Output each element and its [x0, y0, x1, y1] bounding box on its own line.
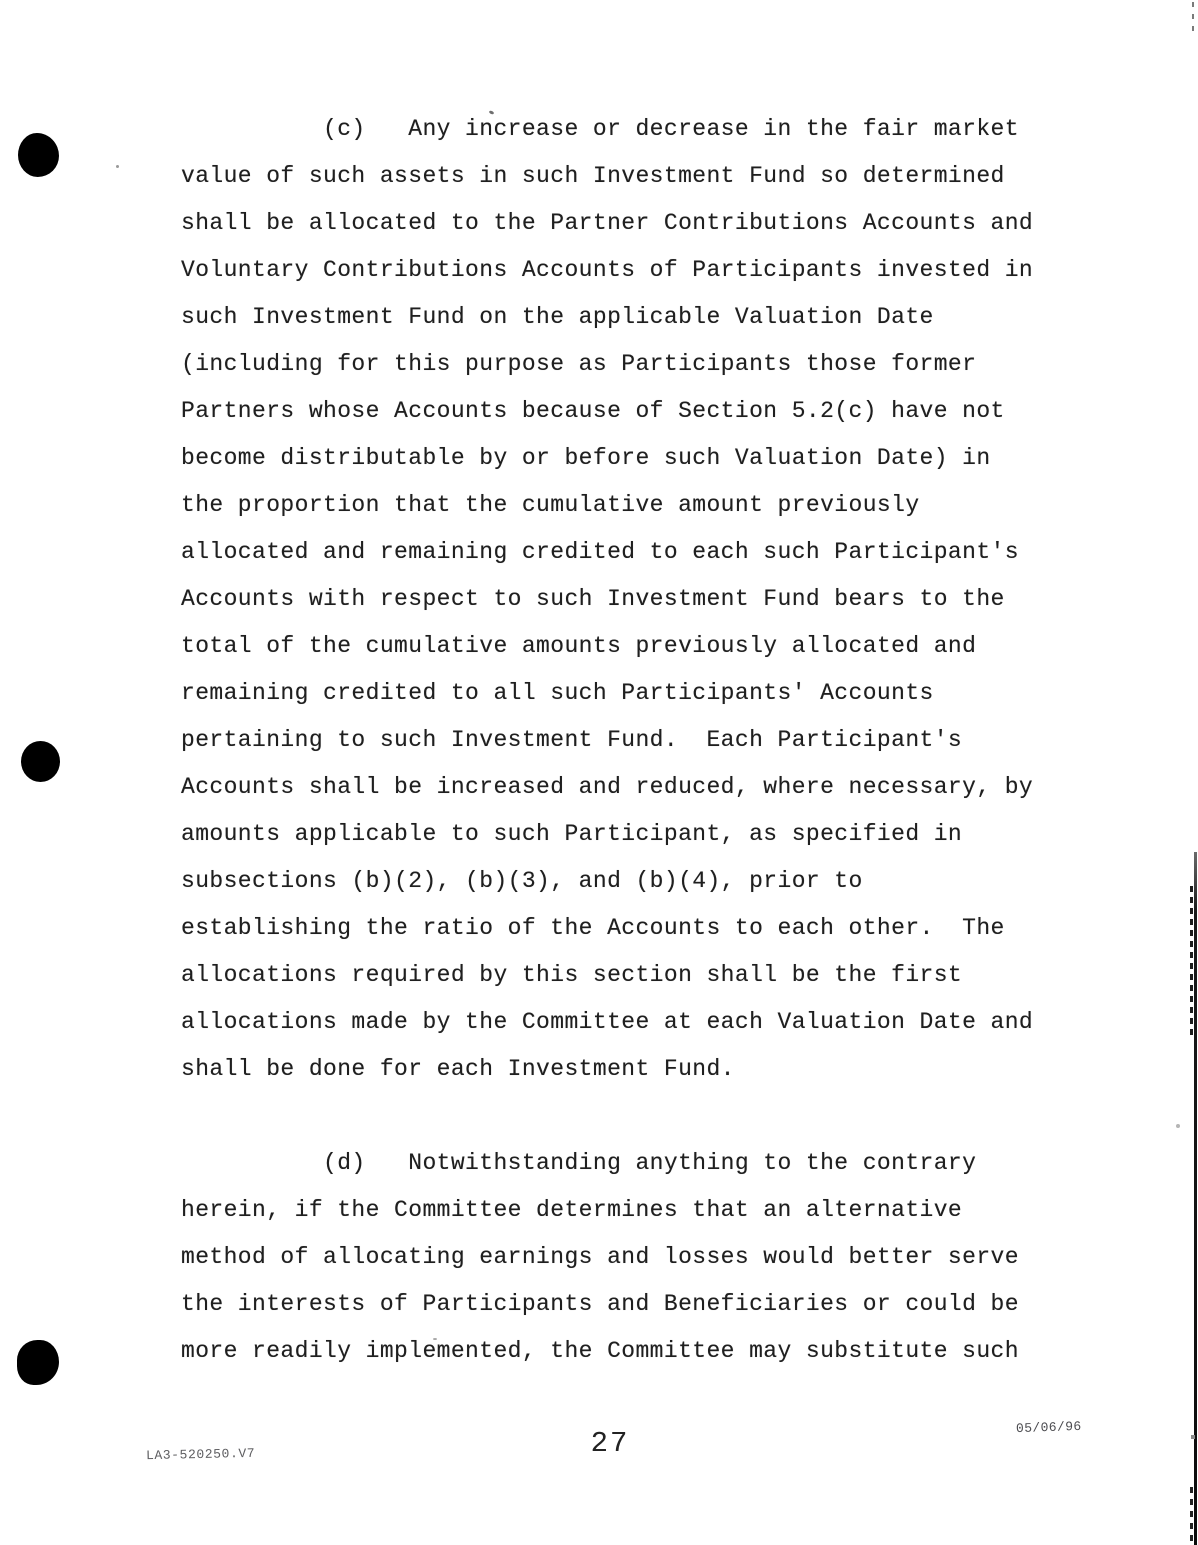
text-line: Partners whose Accounts because of Secti…	[181, 388, 1081, 435]
scan-edge-line	[1194, 852, 1197, 1545]
text-line: Accounts shall be increased and reduced,…	[181, 764, 1081, 811]
text-line: method of allocating earnings and losses…	[181, 1234, 1081, 1281]
text-line: become distributable by or before such V…	[181, 435, 1081, 482]
text-line: more readily implemented, the Committee …	[181, 1328, 1081, 1375]
paragraph-d: (d) Notwithstanding anything to the cont…	[181, 1140, 1081, 1375]
hole-punch-bottom	[17, 1340, 59, 1385]
text-line: (c) Any increase or decrease in the fair…	[181, 106, 1081, 153]
text-line: shall be allocated to the Partner Contri…	[181, 200, 1081, 247]
text-line: herein, if the Committee determines that…	[181, 1187, 1081, 1234]
scan-edge-ticks-top	[1192, 2, 1194, 38]
footer-page-number: 27	[578, 1427, 642, 1460]
text-line: total of the cumulative amounts previous…	[181, 623, 1081, 670]
scan-edge-dashes-bottom	[1190, 1487, 1193, 1545]
text-line: allocations made by the Committee at eac…	[181, 999, 1081, 1046]
hole-punch-middle	[21, 741, 60, 782]
scanned-document-page: (c) Any increase or decrease in the fair…	[0, 0, 1198, 1545]
scan-speck	[1176, 1124, 1180, 1128]
footer-document-id: LA3-520250.V7	[146, 1446, 256, 1463]
text-line: allocated and remaining credited to each…	[181, 529, 1081, 576]
scan-speck	[116, 165, 119, 168]
text-line: amounts applicable to such Participant, …	[181, 811, 1081, 858]
paragraph-spacer	[181, 1093, 1081, 1140]
scan-edge-dashes-middle	[1190, 886, 1193, 1040]
text-line: such Investment Fund on the applicable V…	[181, 294, 1081, 341]
text-line: Accounts with respect to such Investment…	[181, 576, 1081, 623]
text-line: (including for this purpose as Participa…	[181, 341, 1081, 388]
text-line: the proportion that the cumulative amoun…	[181, 482, 1081, 529]
paragraph-c: (c) Any increase or decrease in the fair…	[181, 106, 1081, 1093]
text-line: remaining credited to all such Participa…	[181, 670, 1081, 717]
text-line: allocations required by this section sha…	[181, 952, 1081, 999]
text-line: subsections (b)(2), (b)(3), and (b)(4), …	[181, 858, 1081, 905]
footer-date: 05/06/96	[1016, 1419, 1082, 1436]
scan-speck	[1191, 1435, 1195, 1439]
text-line: the interests of Participants and Benefi…	[181, 1281, 1081, 1328]
text-line: (d) Notwithstanding anything to the cont…	[181, 1140, 1081, 1187]
text-line: value of such assets in such Investment …	[181, 153, 1081, 200]
text-line: shall be done for each Investment Fund.	[181, 1046, 1081, 1093]
hole-punch-top	[18, 133, 59, 177]
body-text: (c) Any increase or decrease in the fair…	[181, 106, 1081, 1375]
text-line: pertaining to such Investment Fund. Each…	[181, 717, 1081, 764]
text-line: establishing the ratio of the Accounts t…	[181, 905, 1081, 952]
scan-speck	[433, 1338, 437, 1340]
text-line: Voluntary Contributions Accounts of Part…	[181, 247, 1081, 294]
